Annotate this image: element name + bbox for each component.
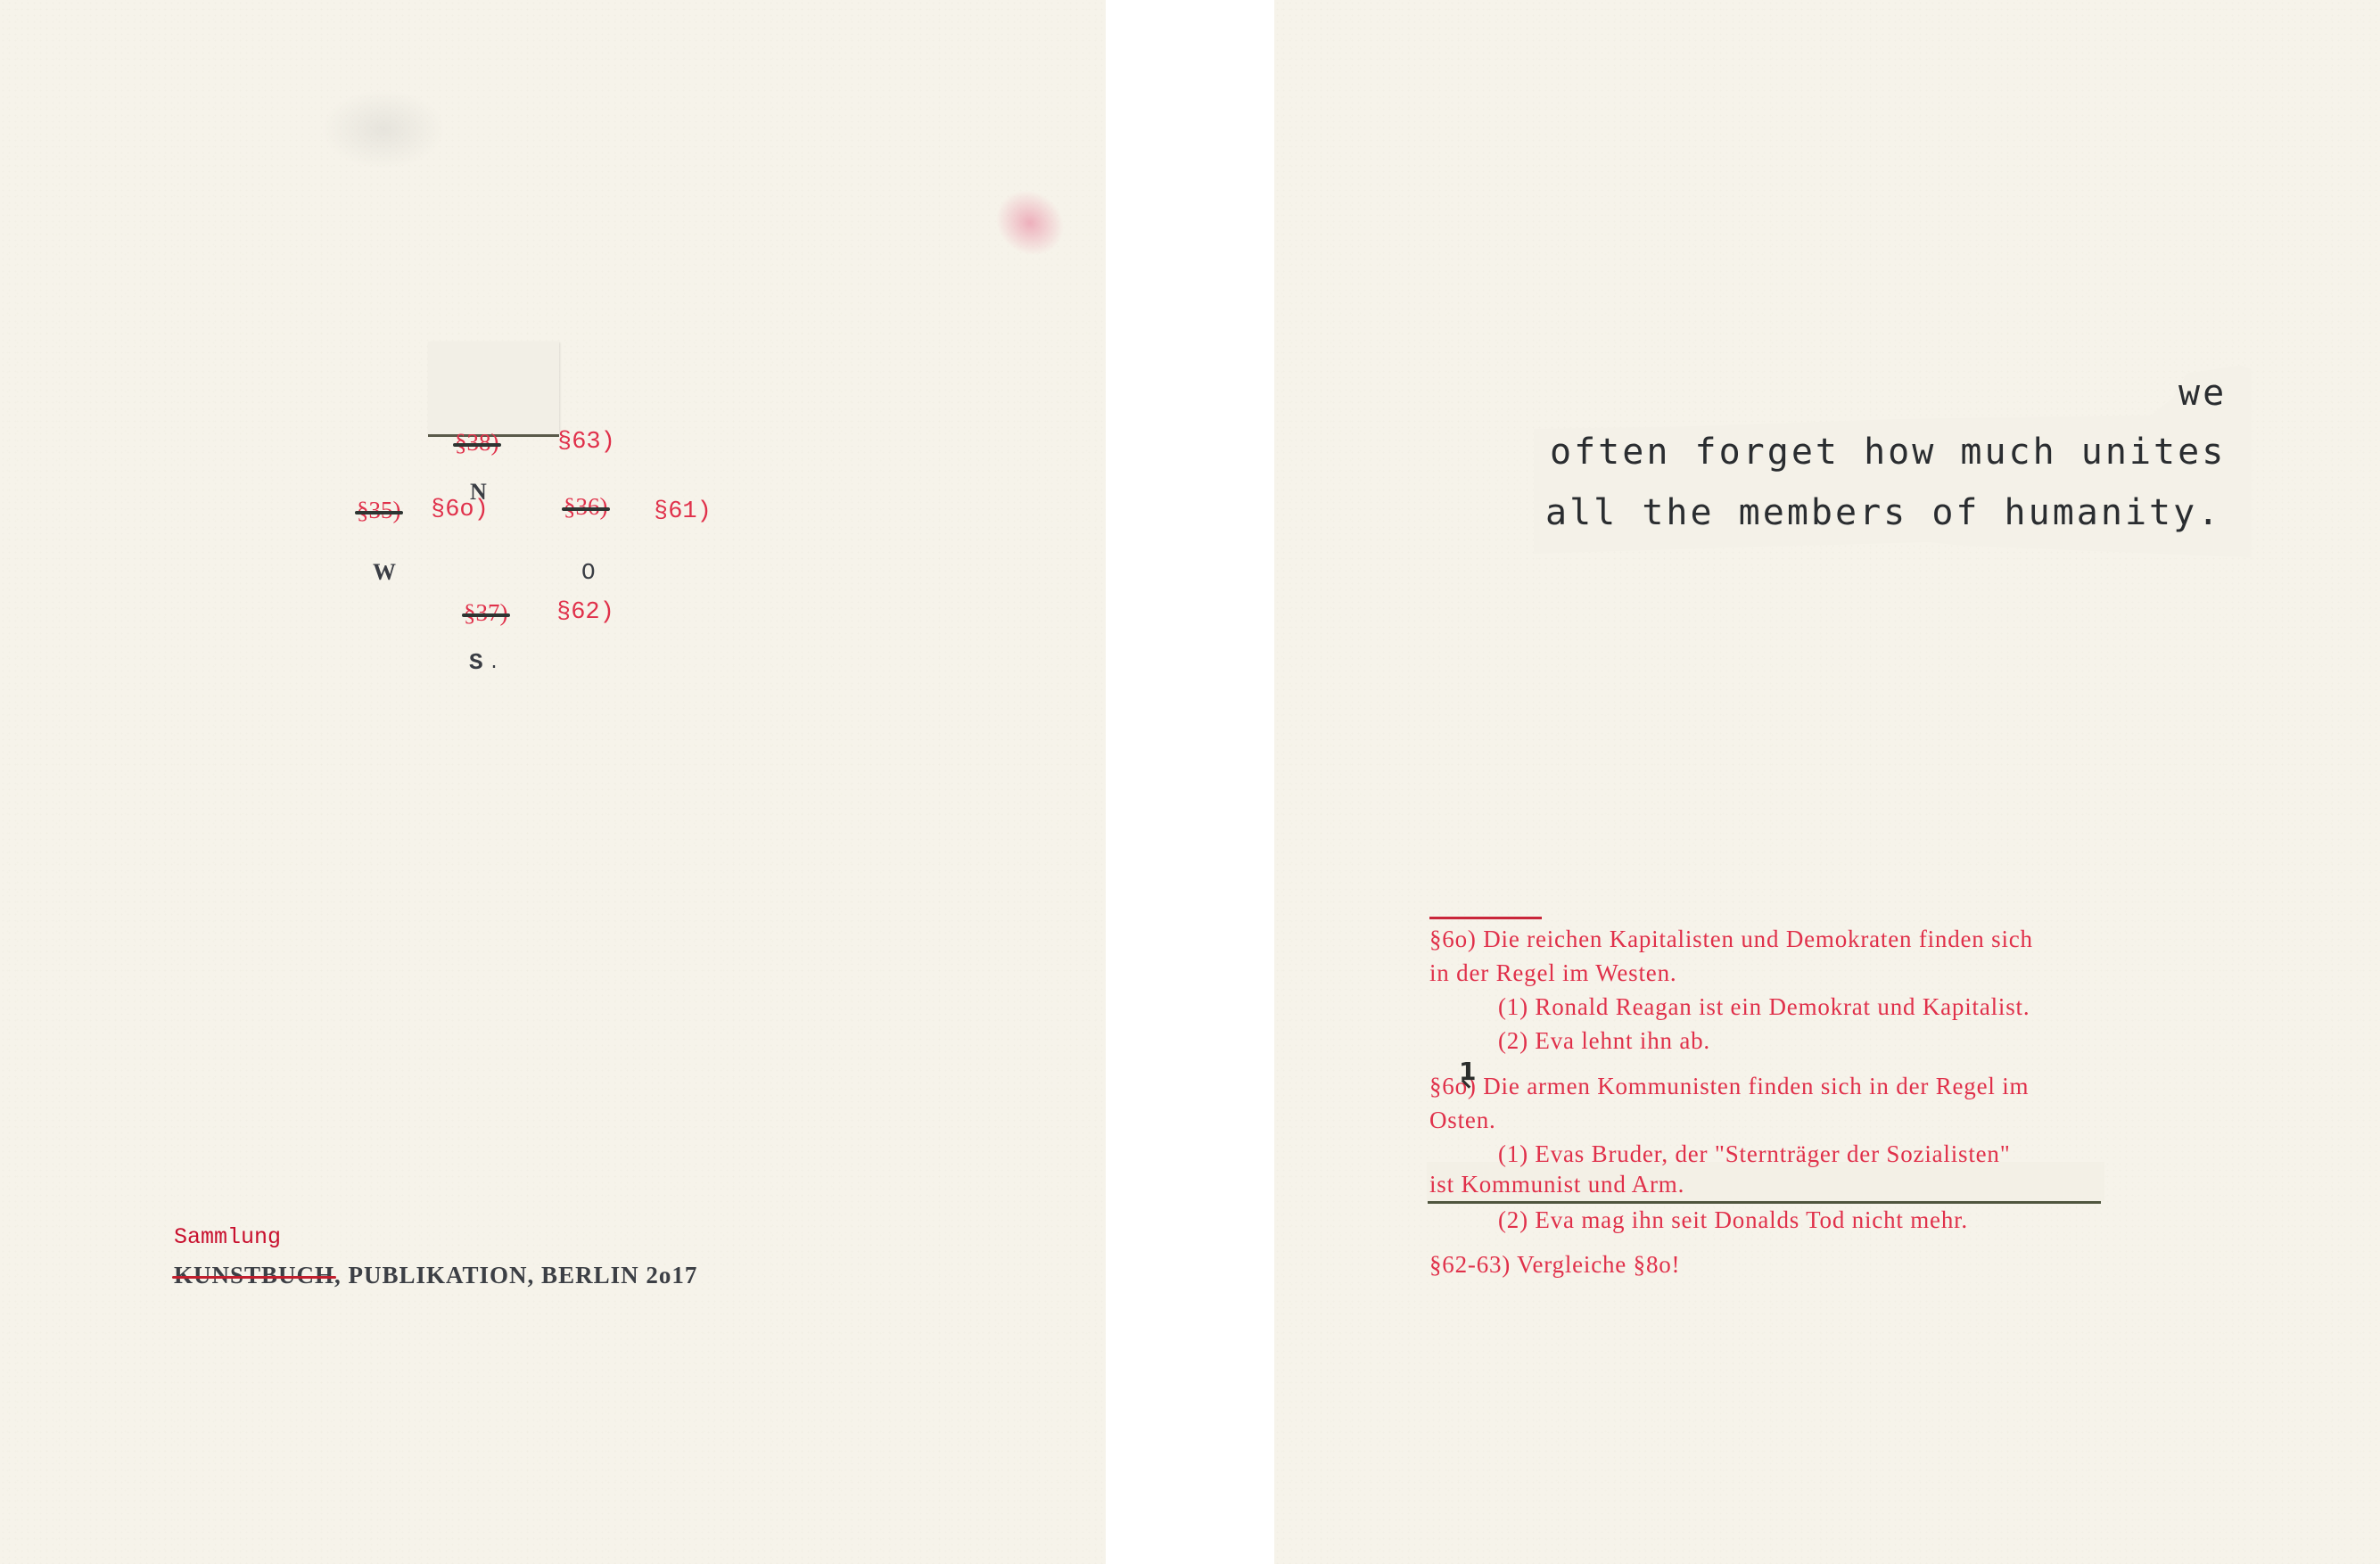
- p61-line1: §6o) Die armen Kommunisten finden sich i…: [1429, 1073, 2029, 1100]
- compass-south-dot: .: [489, 654, 499, 674]
- red-rule: [1429, 917, 1542, 919]
- compass-east-old: §36): [564, 493, 608, 521]
- compass-west-old: §35): [357, 497, 401, 524]
- scrap-line-0: we: [2178, 373, 2227, 414]
- compass-north-new: §63): [557, 429, 615, 456]
- colophon-line: KUNSTBUCH, PUBLIKATION, BERLIN 2o17: [174, 1262, 697, 1289]
- scrap-line-2: all the members of humanity.: [1545, 492, 2221, 533]
- p61-item1-line1: (1) Evas Bruder, der "Sternträger der So…: [1498, 1140, 2011, 1168]
- compass-south-new: §62): [556, 599, 614, 626]
- scrap-line-1: often forget how much unites: [1550, 432, 2226, 473]
- p61-item2: (2) Eva mag ihn seit Donalds Tod nicht m…: [1498, 1206, 1968, 1234]
- pink-smudge: [983, 177, 1077, 268]
- p61-line2: Osten.: [1429, 1107, 1496, 1134]
- grey-smudge: [321, 89, 446, 169]
- right-page: [1274, 0, 2380, 1564]
- p60-item2: (2) Eva lehnt ihn ab.: [1498, 1027, 1710, 1055]
- compass-east-new: §61): [654, 498, 712, 525]
- compass-label-west: W: [373, 559, 396, 586]
- compass-label-east: O: [581, 559, 596, 586]
- p61-item1-line2: ist Kommunist und Arm.: [1429, 1171, 1684, 1198]
- p62-63-line: §62-63) Vergleiche §8o!: [1429, 1251, 1680, 1279]
- colophon-rest: , PUBLIKATION, BERLIN 2o17: [334, 1262, 697, 1288]
- left-page: §38) §63) N §35) §6o) W §36) §61) O §37)…: [0, 0, 1106, 1564]
- p60-line2: in der Regel im Westen.: [1429, 959, 1676, 987]
- p60-item1: (1) Ronald Reagan ist ein Demokrat und K…: [1498, 993, 2030, 1021]
- colophon-struck-word: KUNSTBUCH: [174, 1262, 334, 1289]
- p60-line1: §6o) Die reichen Kapitalisten und Demokr…: [1429, 926, 2033, 953]
- slip-edge-rule: [1428, 1201, 2101, 1204]
- colophon-annotation: Sammlung: [174, 1224, 281, 1250]
- compass-north-old: §38): [455, 429, 499, 457]
- compass-south-old: §37): [464, 599, 508, 627]
- compass-label-south: S: [469, 649, 483, 676]
- compass-west-new: §6o): [431, 497, 489, 523]
- paper-patch: [428, 342, 559, 434]
